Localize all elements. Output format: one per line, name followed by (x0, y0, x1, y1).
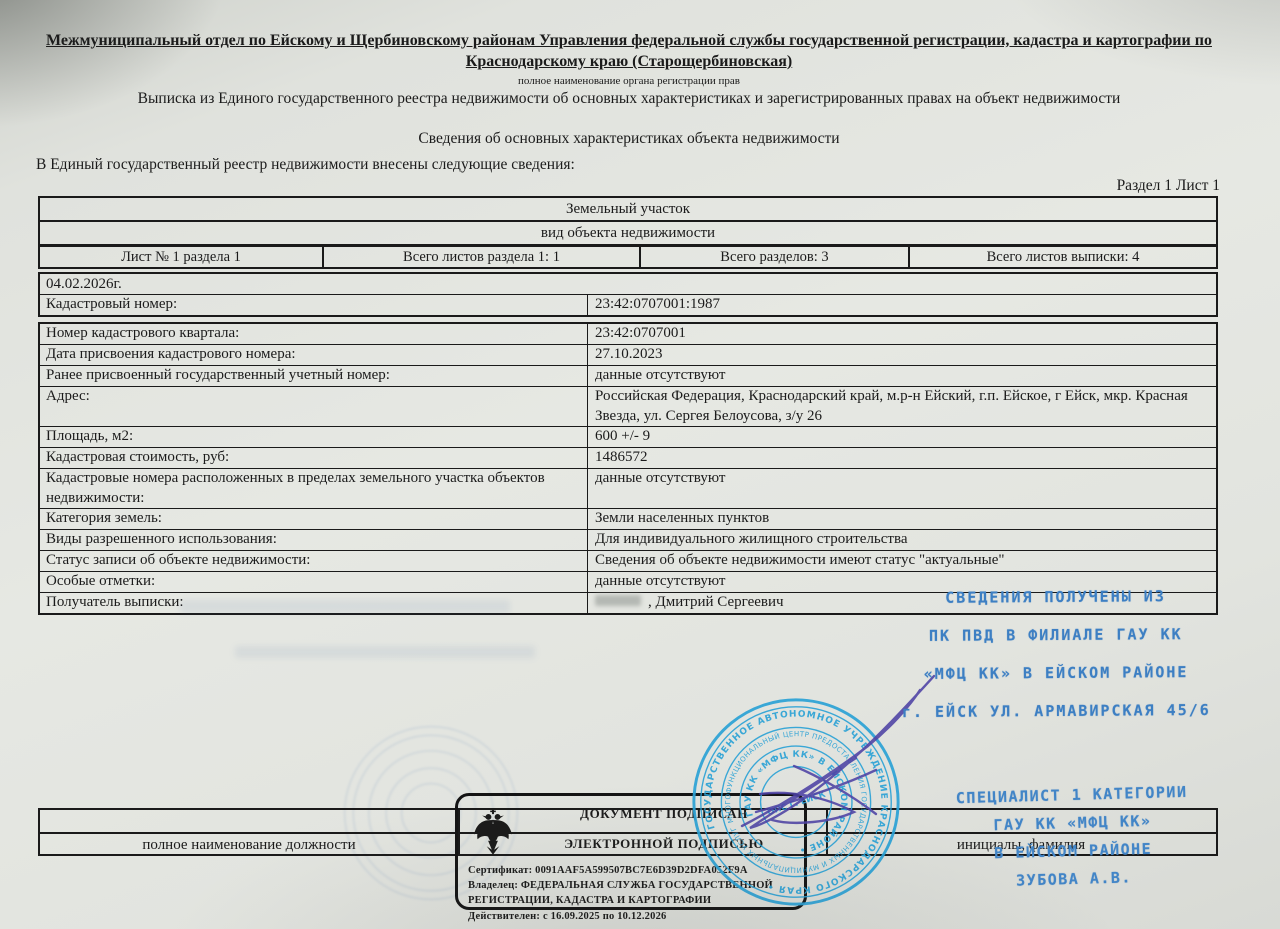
redacted-name (595, 595, 641, 606)
table-row: Статус записи об объекте недвижимости:Св… (40, 550, 1216, 571)
row-value: Для индивидуального жилищного строительс… (588, 530, 1216, 550)
official-position-stamp: СПЕЦИАЛИСТ 1 КАТЕГОРИИГАУ КК «МФЦ КК»В Е… (926, 782, 1219, 902)
authority-caption: полное наименование органа регистрации п… (36, 75, 1222, 87)
characteristics-table: Номер кадастрового квартала:23:42:070700… (38, 322, 1218, 615)
row-label: Площадь, м2: (40, 427, 588, 447)
row-value: 27.10.2023 (588, 345, 1216, 365)
table-row: Площадь, м2:600 +/- 9 (40, 426, 1216, 447)
row-label: Адрес: (40, 387, 588, 426)
ink-bleed-smudge (235, 646, 535, 658)
row-label: Кадастровый номер: (40, 295, 588, 315)
sheets-counter-table: Лист № 1 раздела 1 Всего листов раздела … (38, 245, 1218, 269)
table-row: Адрес:Российская Федерация, Краснодарски… (40, 386, 1216, 426)
row-value: Сведения об объекте недвижимости имеют с… (588, 551, 1216, 571)
document-header: Межмуниципальный отдел по Ейскому и Щерб… (36, 30, 1222, 87)
info-stamp-line: «МФЦ КК» В ЕЙСКОМ РАЙОНЕ (900, 663, 1212, 703)
section-sheet-label: Раздел 1 Лист 1 (1117, 177, 1220, 195)
extract-sheets-cell: Всего листов выписки: 4 (908, 247, 1216, 267)
object-type-table: Земельный участок вид объекта недвижимос… (38, 196, 1218, 246)
row-label: Статус записи об объекте недвижимости: (40, 551, 588, 571)
table-row: Виды разрешенного использования:Для инди… (40, 529, 1216, 550)
intro-text: В Единый государственный реестр недвижим… (36, 156, 575, 174)
section-sheets-cell: Всего листов раздела 1: 1 (322, 247, 639, 267)
table-row: Кадастровые номера расположенных в преде… (40, 468, 1216, 508)
row-value: Земли населенных пунктов (588, 509, 1216, 529)
row-label: Особые отметки: (40, 572, 588, 592)
document-subtitle: Сведения об основных характеристиках объ… (36, 130, 1222, 148)
row-label: Дата присвоения кадастрового номера: (40, 345, 588, 365)
object-type-caption: вид объекта недвижимости (40, 220, 1216, 244)
document-title: Выписка из Единого государственного реес… (36, 90, 1222, 108)
validity-line: Действителен: с 16.09.2025 по 10.12.2026 (468, 909, 794, 924)
row-label: Ранее присвоенный государственный учетны… (40, 366, 588, 386)
row-value: данные отсутствуют (588, 469, 1216, 508)
sections-total-cell: Всего разделов: 3 (639, 247, 908, 267)
table-row: Кадастровая стоимость, руб:1486572 (40, 447, 1216, 468)
ink-bleed-smudge (180, 600, 510, 613)
info-source-stamp: СВЕДЕНИЯ ПОЛУЧЕНЫ ИЗПК ПВД В ФИЛИАЛЕ ГАУ… (899, 587, 1212, 741)
row-label: Категория земель: (40, 509, 588, 529)
registration-authority-name: Межмуниципальный отдел по Ейскому и Щерб… (36, 30, 1222, 72)
info-stamp-line: СВЕДЕНИЯ ПОЛУЧЕНЫ ИЗ (899, 587, 1211, 627)
row-value: 600 +/- 9 (588, 427, 1216, 447)
object-type-value: Земельный участок (40, 198, 1216, 220)
row-value: 1486572 (588, 448, 1216, 468)
row-value: 23:42:0707001 (588, 324, 1216, 344)
cadastral-number-table: 04.02.2026г. Кадастровый номер: 23:42:07… (38, 272, 1218, 317)
table-row: Ранее присвоенный государственный учетны… (40, 365, 1216, 386)
scanned-document-page: Межмуниципальный отдел по Ейскому и Щерб… (0, 0, 1280, 929)
double-headed-eagle-icon (472, 804, 514, 862)
table-row: Кадастровый номер: 23:42:0707001:1987 (40, 294, 1216, 315)
extract-date: 04.02.2026г. (40, 274, 128, 294)
row-label: Номер кадастрового квартала: (40, 324, 588, 344)
sheet-number-cell: Лист № 1 раздела 1 (40, 247, 322, 267)
row-label: Кадастровая стоимость, руб: (40, 448, 588, 468)
info-stamp-line: г. ЕЙСК УЛ. АРМАВИРСКАЯ 45/6 (900, 701, 1212, 741)
row-value: данные отсутствуют (588, 366, 1216, 386)
position-title-caption: полное наименование должности (40, 835, 458, 855)
row-value: Российская Федерация, Краснодарский край… (588, 387, 1216, 426)
row-label: Кадастровые номера расположенных в преде… (40, 469, 588, 508)
row-value: 23:42:0707001:1987 (588, 295, 1216, 315)
table-row: Категория земель:Земли населенных пункто… (40, 508, 1216, 529)
table-row: 04.02.2026г. (40, 274, 1216, 294)
table-row: Номер кадастрового квартала:23:42:070700… (40, 324, 1216, 344)
info-stamp-line: ПК ПВД В ФИЛИАЛЕ ГАУ КК (900, 625, 1212, 665)
table-row: Дата присвоения кадастрового номера:27.1… (40, 344, 1216, 365)
row-label: Виды разрешенного использования: (40, 530, 588, 550)
